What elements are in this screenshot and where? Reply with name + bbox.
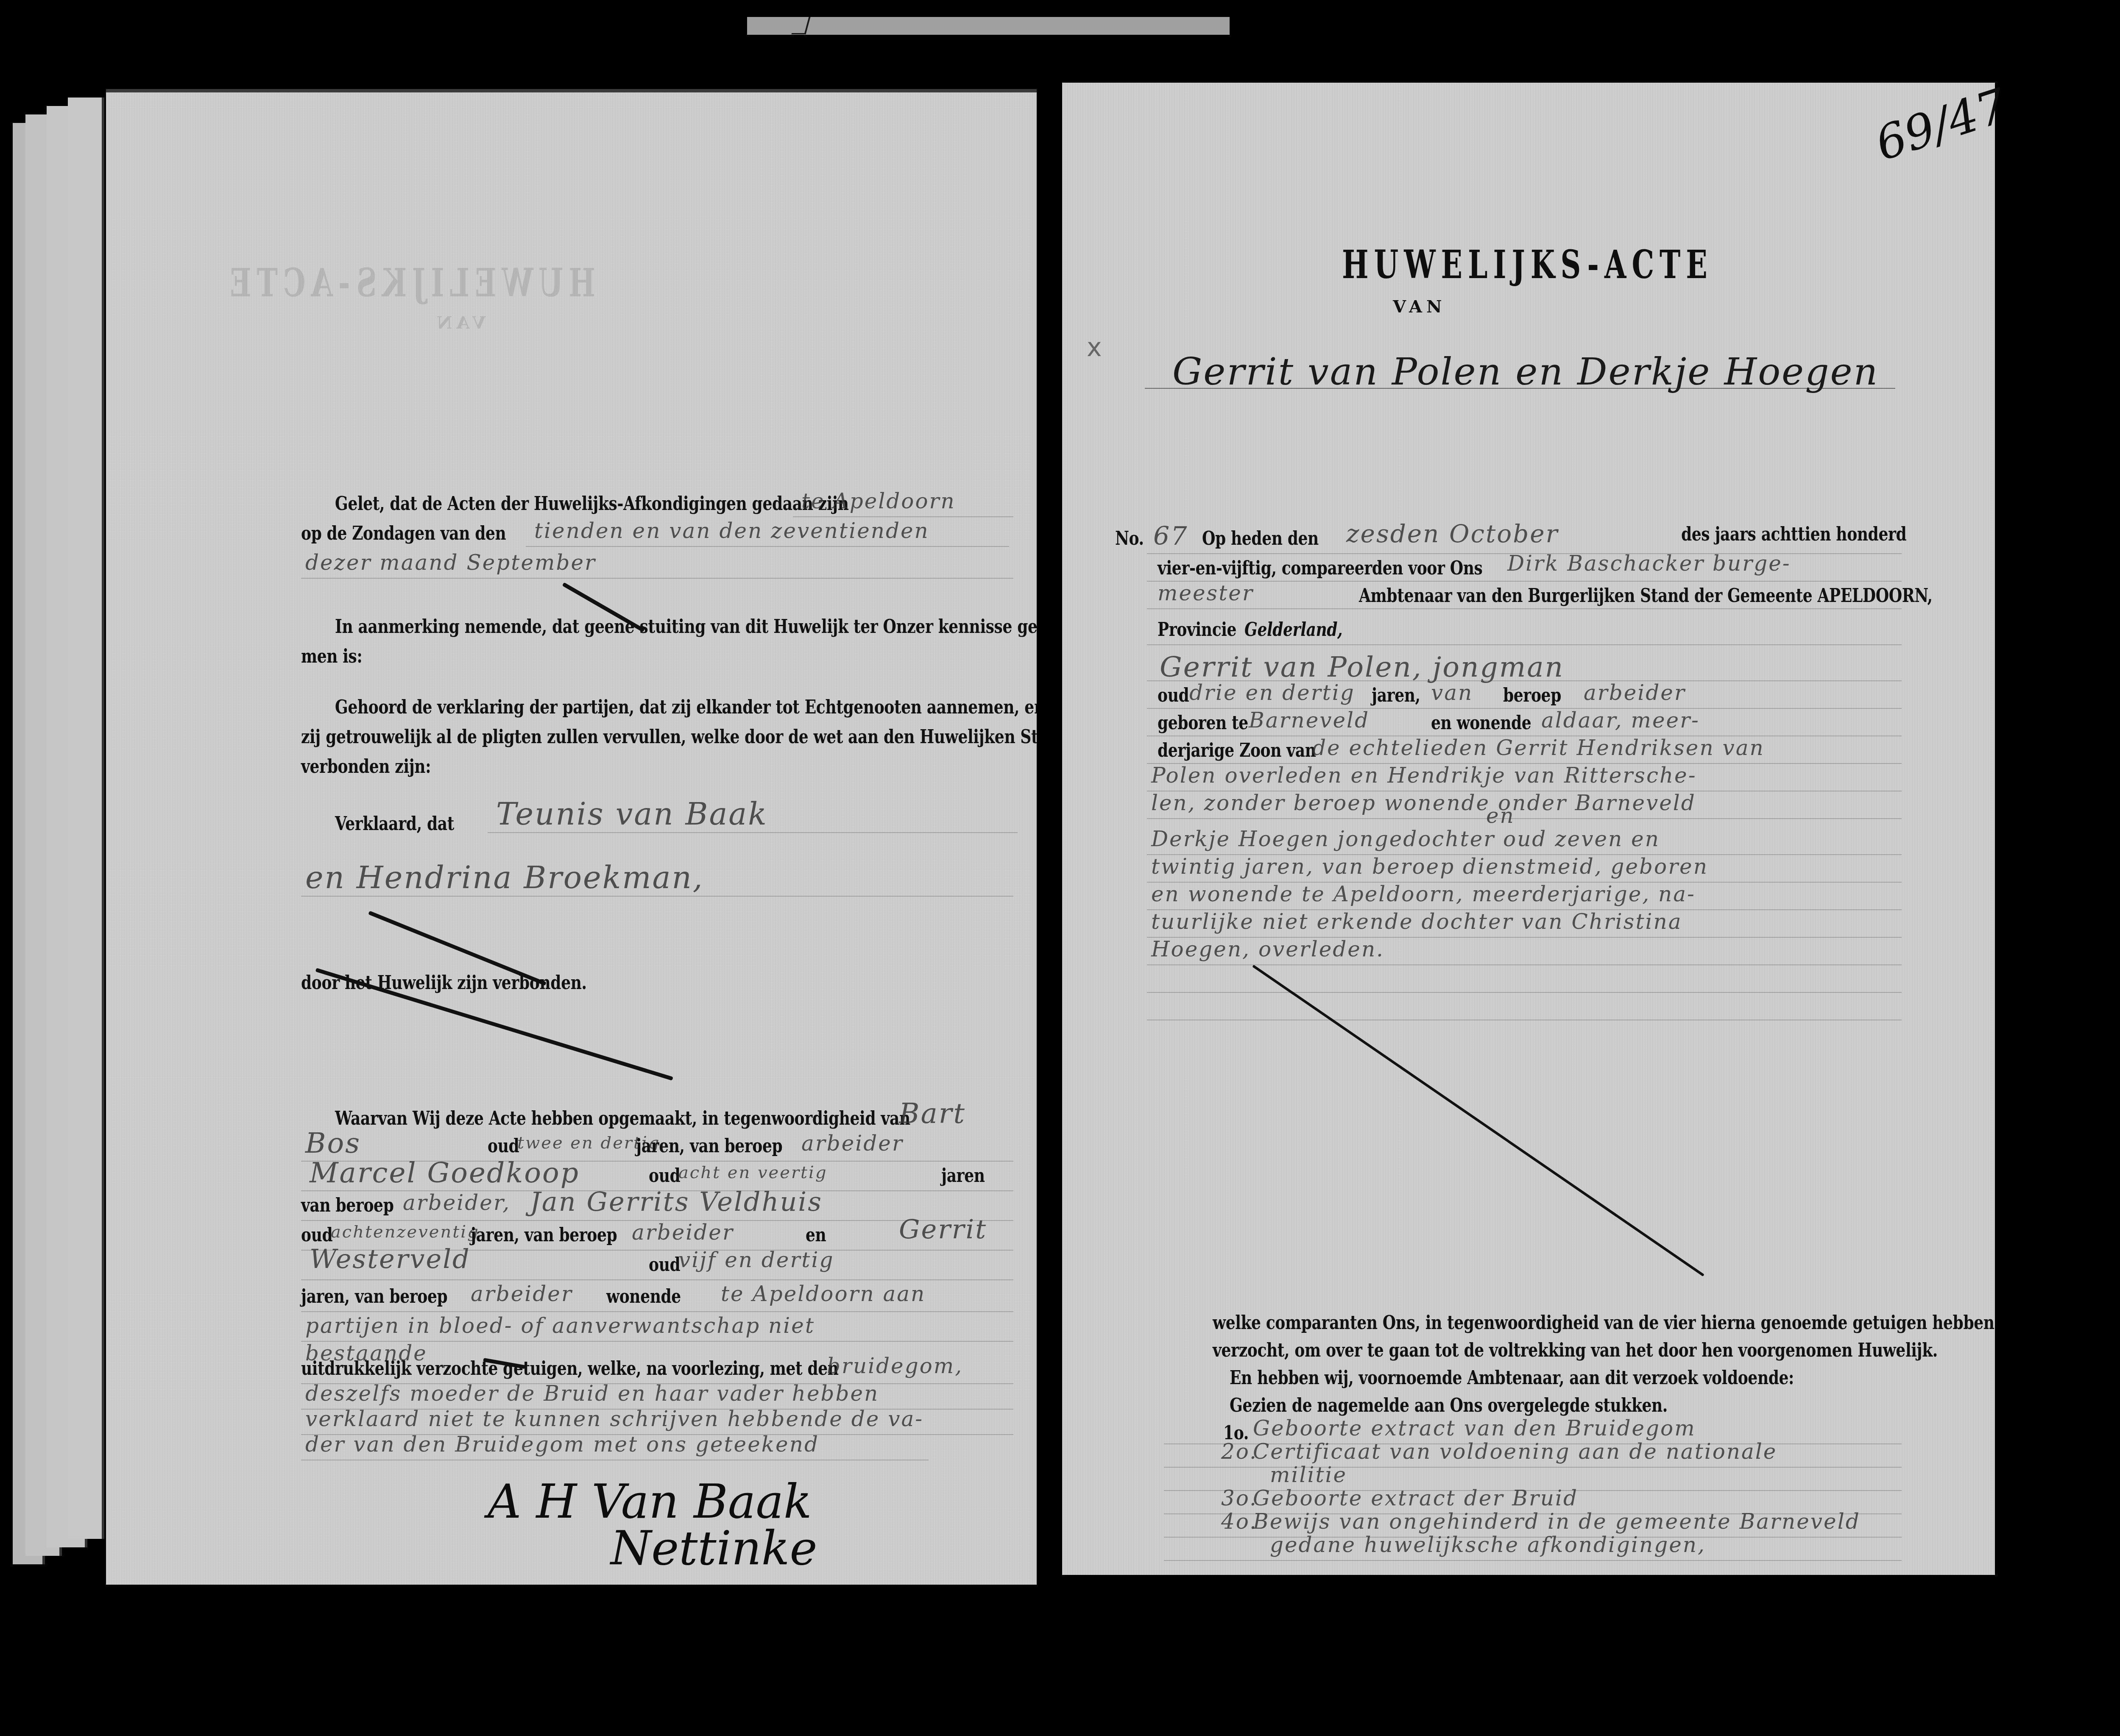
witness3-name-hand: Jan Gerrits Veldhuis <box>530 1186 823 1217</box>
page-title: HUWELIJKS-ACTE <box>1342 242 1713 287</box>
title-van: VAN <box>1393 297 1446 317</box>
doc-num: 3o. <box>1221 1486 1258 1510</box>
official-hand-1: Dirk Baschacker burge- <box>1507 551 1791 576</box>
groom-name-hand: Gerrit van Polen, jongman <box>1160 651 1564 683</box>
ruled-line <box>1147 608 1902 609</box>
oud-label: oud <box>301 1224 332 1246</box>
en-hebben-line: En hebben wij, voornoemde Ambtenaar, aan… <box>1230 1367 1794 1389</box>
ruled-line <box>488 832 1018 833</box>
witness2-name-hand: Marcel Goedkoop <box>310 1156 580 1189</box>
welke-line-2: verzocht, om over te gaan tot de voltrek… <box>1213 1340 1938 1361</box>
aanmerking-line-1: In aanmerking nemende, dat geene stuitin… <box>335 616 1064 638</box>
uitdruk-hand-2: deszelfs moeder de Bruid en haar vader h… <box>305 1381 879 1406</box>
provincie-name: Gelderland, <box>1244 619 1342 641</box>
groom-residence-hand: aldaar, meer- <box>1541 708 1700 733</box>
witness4-first-hand: Gerrit <box>899 1214 987 1245</box>
oud-label: oud <box>1158 685 1189 706</box>
uitdruk-hand-4: der van den Bruidegom met ons geteekend <box>305 1432 819 1457</box>
groom-age-hand: drie en dertig <box>1189 680 1355 705</box>
groom-birthplace-hand: Barneveld <box>1249 708 1370 733</box>
bride-line-1: Derkje Hoegen jongedochter oud zeven en <box>1151 827 1660 851</box>
oud-label: oud <box>649 1165 680 1187</box>
witness2-age-hand: acht en veertig <box>678 1163 827 1182</box>
groom-occupation-hand: arbeider <box>1584 680 1686 705</box>
gelet-line-1: Gelet, dat de Acten der Huwelijks-Afkond… <box>335 493 849 515</box>
strike-stroke <box>1252 965 1704 1277</box>
jaren-beroep-label: jaren, van beroep <box>301 1286 447 1307</box>
doc-num: 2o. <box>1221 1439 1258 1464</box>
ruled-line <box>793 516 1013 517</box>
witness3-occupation-hand: arbeider <box>632 1220 734 1245</box>
ruled-line <box>301 578 1013 579</box>
ghost-van: VAN <box>432 313 486 333</box>
doc-item: Geboorte extract der Bruid <box>1253 1486 1578 1510</box>
no-label: No. <box>1115 528 1144 549</box>
jaren-label: jaren <box>941 1165 985 1187</box>
groom-name-hand: Teunis van Baak <box>496 796 768 832</box>
groom-parents-hand-3: len, zonder beroep wonende onder Barneve… <box>1151 791 1696 815</box>
gezien-line: Gezien de nagemelde aan Ons overgelegde … <box>1230 1395 1668 1416</box>
door-huwelijk-line: door het Huwelijk zijn verbonden. <box>301 972 587 994</box>
gehoord-line-2: zij getrouwelijk al de pligten zullen ve… <box>301 726 1064 748</box>
witness4-occupation-hand: arbeider <box>471 1282 573 1306</box>
jaren-label: jaren, <box>1372 685 1420 706</box>
ruled-line <box>1147 992 1902 993</box>
ruled-line <box>1147 644 1902 645</box>
bride-line-2: twintig jaren, van beroep dienstmeid, ge… <box>1151 854 1708 879</box>
witness3-age-hand: achtenzeventig <box>331 1222 480 1242</box>
doc-item: gedane huwelijksche afkondigingen, <box>1270 1533 1706 1557</box>
couple-names-hand: Gerrit van Polen en Derkje Hoegen <box>1172 350 1879 393</box>
ruled-line <box>301 1311 1013 1312</box>
groom-parents-hand-2: Polen overleden en Hendrikje van Ritters… <box>1151 763 1697 788</box>
bride-name-hand: en Hendrina Broekman, <box>305 860 704 895</box>
zoon-van-label: derjarige Zoon van <box>1158 740 1316 761</box>
witness2-occupation-hand: arbeider, <box>403 1190 510 1215</box>
ruled-line <box>1147 818 1902 819</box>
beroep-label: beroep <box>1503 685 1561 706</box>
witness4-age-hand: vijf en dertig <box>678 1248 834 1272</box>
ambtenaar-line: Ambtenaar van den Burgerlijken Stand der… <box>1359 585 1933 607</box>
gelet-hand-2: tienden en van den zeventienden <box>534 518 929 543</box>
right-page: 69/47 HUWELIJKS-ACTE VAN x Gerrit van Po… <box>1062 83 1995 1575</box>
record-number-hand: 67 <box>1153 521 1188 551</box>
vier-en-vijftig-line: vier-en-vijftig, compareerden voor Ons <box>1158 557 1483 579</box>
signature-van-baak: A H Van Baak <box>488 1474 812 1529</box>
aanmerking-line-2: men is: <box>301 646 362 667</box>
en-label: en <box>806 1224 826 1246</box>
ruled-line <box>1147 1020 1902 1020</box>
gelet-hand-1: te Apeldoorn <box>801 489 956 513</box>
bride-line-3: en wonende te Apeldoorn, meerderjarige, … <box>1151 882 1696 906</box>
welke-line-1: welke comparanten Ons, in tegenwoordighe… <box>1213 1312 1994 1334</box>
des-jaars-label: des jaars achttien honderd <box>1681 524 1906 545</box>
doc-item: Geboorte extract van den Bruidegom <box>1253 1416 1696 1441</box>
ghost-title: HUWELIJKS-ACTE <box>321 260 595 306</box>
page-stack-edge <box>68 98 104 1539</box>
witness4-last-hand: Westerveld <box>310 1243 471 1274</box>
groom-parents-hand-1: de echtelieden Gerrit Hendriksen van <box>1312 736 1765 760</box>
gehoord-line-3: verbonden zijn: <box>301 756 431 777</box>
ruled-line <box>301 1460 929 1460</box>
ruled-line <box>526 546 1009 547</box>
jaren-beroep-label: jaren, van beroep <box>471 1224 617 1246</box>
left-page: HUWELIJKS-ACTE VAN Gelet, dat de Acten d… <box>106 89 1037 1585</box>
date-hand: zesden October <box>1346 519 1559 548</box>
gelet-hand-3: dezer maand September <box>305 550 596 575</box>
gelet-line-2: op de Zondagen van den <box>301 523 506 544</box>
doc-item: Certificaat van voldoening aan de nation… <box>1253 1439 1777 1464</box>
oud-label: oud <box>649 1254 680 1276</box>
groom-van-hand: van <box>1431 680 1473 705</box>
provincie-label: Provincie <box>1158 619 1236 641</box>
verklaard-label: Verklaard, dat <box>335 813 454 835</box>
op-heden-label: Op heden den <box>1202 528 1319 549</box>
doc-item: militie <box>1270 1463 1347 1487</box>
gehoord-line-1: Gehoord de verklaring der partijen, dat … <box>335 697 1077 718</box>
ruled-line <box>1147 964 1902 965</box>
en-hand: en <box>1486 803 1515 828</box>
document-scan: HUWELIJKS-ACTE VAN Gelet, dat de Acten d… <box>0 0 2120 1736</box>
uitdruk-hand-1: bruidegom, <box>827 1354 963 1378</box>
ruled-line <box>301 896 1013 897</box>
witness1-occupation-hand: arbeider <box>801 1131 904 1156</box>
page-number: 69/47 <box>1869 78 2014 171</box>
oud-label: oud <box>488 1135 519 1157</box>
wonende-label: wonende <box>606 1286 681 1307</box>
uitdruk-hand-3: verklaard niet te kunnen schrijven hebbe… <box>305 1407 923 1431</box>
bride-line-4: tuurlijke niet erkende dochter van Chris… <box>1151 909 1682 934</box>
kinship-hand-1: partijen in bloed- of aanverwantschap ni… <box>305 1313 815 1338</box>
margin-x-mark: x <box>1087 333 1102 362</box>
ruled-line <box>1145 388 1895 389</box>
witness1-first-hand: Bart <box>899 1097 966 1130</box>
jaren-beroep-label: jaren, van beroep <box>636 1135 782 1157</box>
doc-num: 4o. <box>1221 1509 1258 1534</box>
van-beroep-label: van beroep <box>301 1195 393 1216</box>
en-wonende-label: en wonende <box>1431 712 1531 734</box>
bride-line-5: Hoegen, overleden. <box>1151 937 1384 961</box>
doc-item: Bewijs van ongehinderd in de gemeente Ba… <box>1253 1509 1861 1534</box>
ruled-line <box>1164 1560 1902 1561</box>
ruled-line <box>1147 581 1902 582</box>
book-gutter <box>1037 85 1062 1594</box>
ruled-line <box>301 1279 1013 1280</box>
signature-official: Nettinke <box>611 1521 817 1575</box>
uitdrukkelijk-line: uitdrukkelijk verzochte getuigen, welke,… <box>301 1358 839 1379</box>
waarvan-line: Waarvan Wij deze Acte hebben opgemaakt, … <box>335 1108 910 1129</box>
residence-hand: te Apeldoorn aan <box>721 1282 926 1306</box>
tab-ink-mark <box>792 17 811 34</box>
official-hand-2: meester <box>1158 581 1254 605</box>
page-tab-strip <box>747 17 1230 35</box>
geboren-te-label: geboren te <box>1158 712 1248 734</box>
witness1-last-hand: Bos <box>305 1127 361 1159</box>
